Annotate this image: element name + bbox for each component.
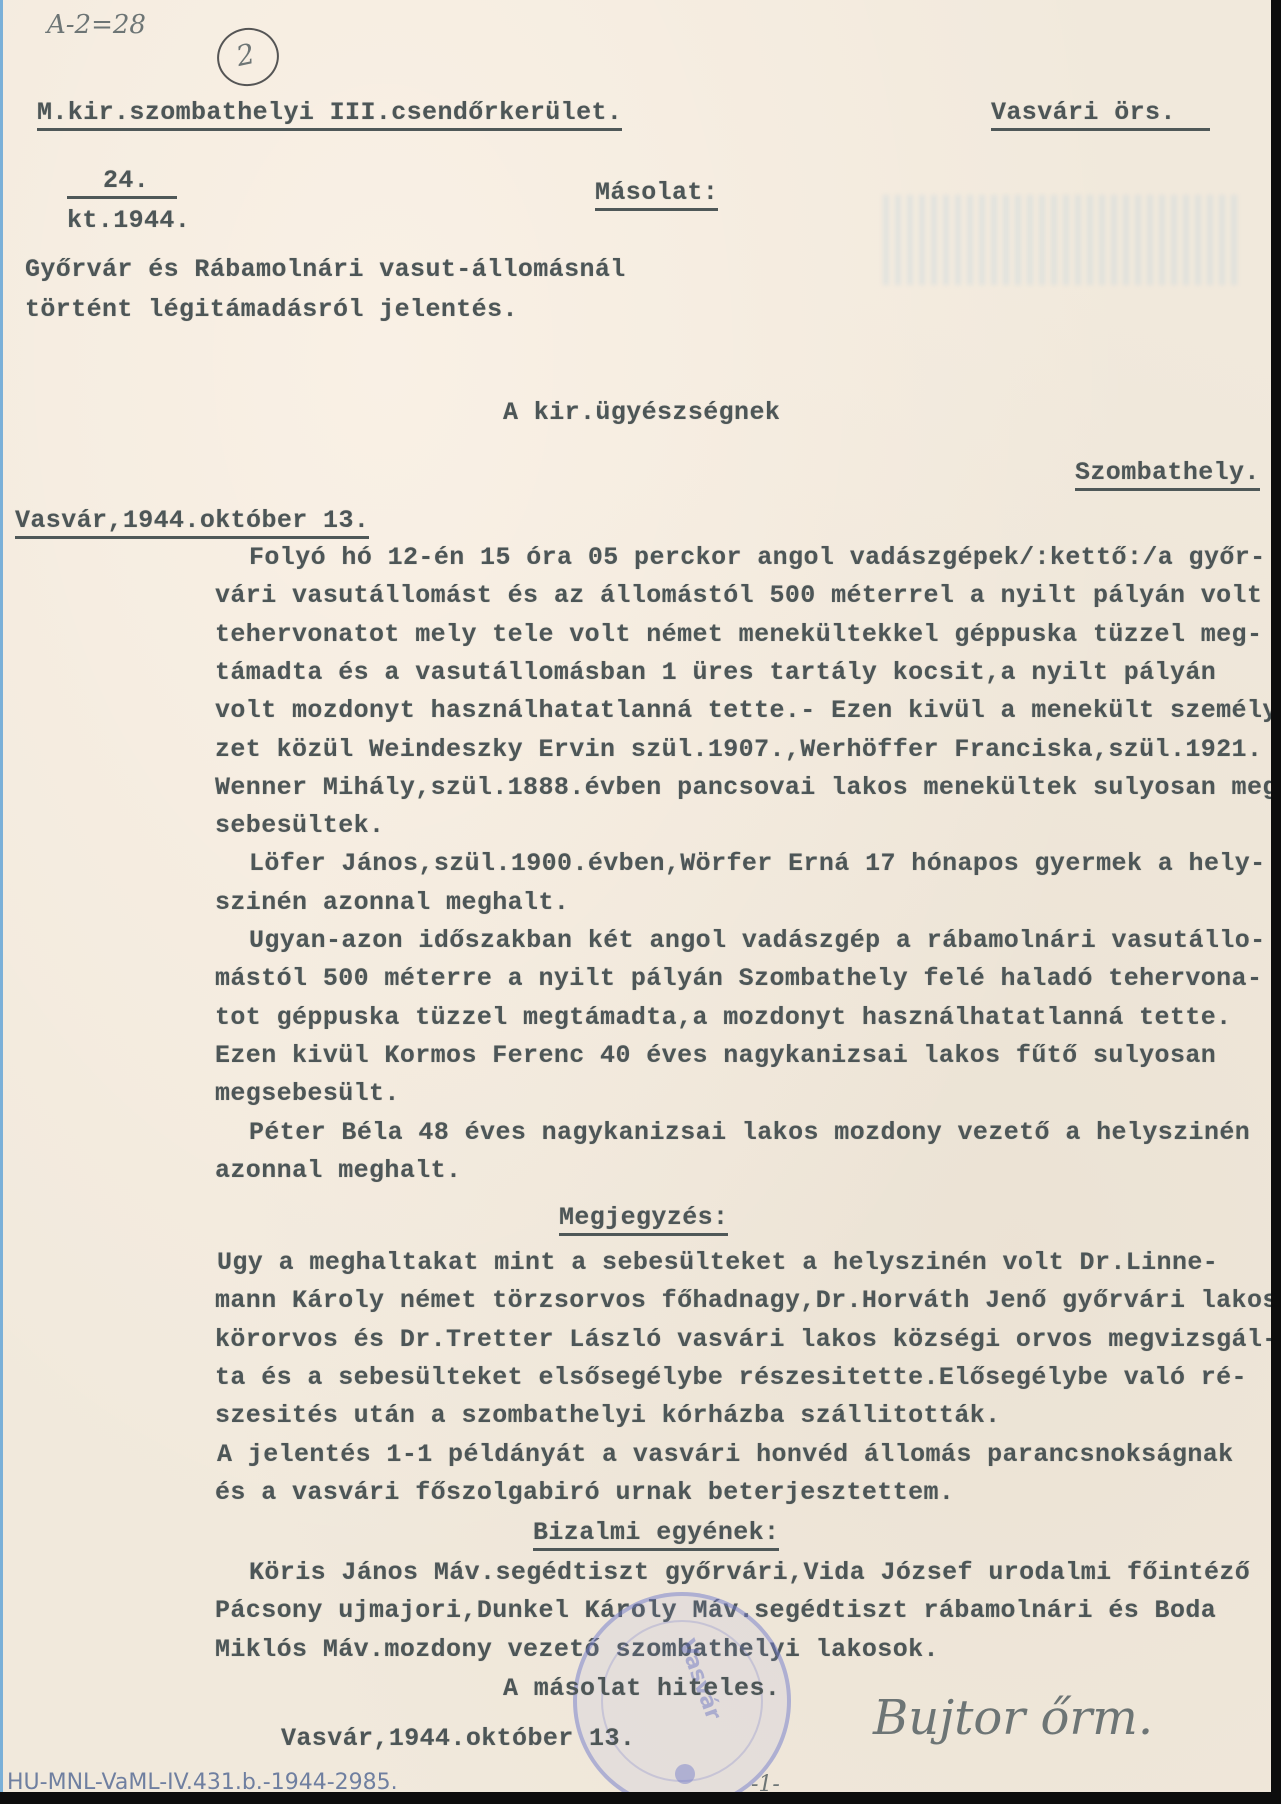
report-line: azonnal meghalt. xyxy=(215,1158,461,1183)
report-line: Ugyan-azon időszakban két angol vadászgé… xyxy=(249,928,1266,953)
report-line: zet közül Weindeszky Ervin szül.1907.,We… xyxy=(215,737,1262,762)
report-line: Wenner Mihály,szül.1888.évben pancsovai … xyxy=(215,775,1271,800)
report-line: szinén azonnal meghalt. xyxy=(215,890,569,915)
report-line: tot géppuska tüzzel megtámadta,a mozdony… xyxy=(215,1005,1232,1030)
circled-page-number: 2 xyxy=(233,37,257,73)
note-line: Ugy a meghaltakat mint a sebesülteket a … xyxy=(217,1250,1218,1275)
report-line: vári vasutállomást és az állomástól 500 … xyxy=(215,583,1262,608)
unit-heading: M.kir.szombathelyi III.csendőrkerület. xyxy=(37,100,622,131)
report-line: Péter Béla 48 éves nagykanizsai lakos mo… xyxy=(249,1120,1250,1145)
circled-page-mark: 2 xyxy=(212,22,285,92)
document-page: A-2=28 2 M.kir.szombathelyi III.csendőrk… xyxy=(0,0,1271,1792)
note-line: ta és a sebesülteket elsősegélybe részes… xyxy=(215,1365,1247,1390)
note-line: és a vasvári főszolgabiró urnak beterjes… xyxy=(215,1480,954,1505)
file-code: kt.1944. xyxy=(67,208,190,233)
handwritten-top-note: A-2=28 xyxy=(47,10,146,40)
report-line: volt mozdonyt használhatatlanná tette.- … xyxy=(215,698,1271,723)
bleed-through-text xyxy=(883,195,1243,285)
report-line: mástól 500 méterre a nyilt pályán Szomba… xyxy=(215,966,1262,991)
addressee: A kir.ügyészségnek xyxy=(503,400,780,425)
report-line: tehervonatot mely tele volt német menekü… xyxy=(215,622,1262,647)
signature: Bujtor őrm. xyxy=(873,1690,1153,1746)
page-marker: -1- xyxy=(751,1772,780,1792)
report-line: Ezen kivül Kormos Ferenc 40 éves nagykan… xyxy=(215,1043,1216,1068)
report-line: sebesültek. xyxy=(215,813,384,838)
post-heading: Vasvári örs. xyxy=(991,100,1210,131)
note-heading: Megjegyzés: xyxy=(559,1205,728,1236)
note-line: körorvos és Dr.Tretter László vasvári la… xyxy=(215,1327,1271,1352)
closing-date: Vasvár,1944.október 13. xyxy=(281,1726,635,1751)
trustees-heading: Bizalmi egyének: xyxy=(533,1520,779,1551)
addressee-city: Szombathely. xyxy=(1075,460,1260,491)
archive-reference: HU-MNL-VaML-IV.431.b.-1944-2985. xyxy=(7,1770,398,1792)
subject-line-2: történt légitámadásról jelentés. xyxy=(25,297,518,322)
stamp-center-dot xyxy=(675,1764,695,1784)
note-line: szesités után a szombathelyi kórházba sz… xyxy=(215,1403,1001,1428)
certification: A másolat hiteles. xyxy=(503,1676,780,1701)
trustee-line: Miklós Máv.mozdony vezető szombathelyi l… xyxy=(215,1637,939,1662)
report-line: Folyó hó 12-én 15 óra 05 perckor angol v… xyxy=(249,545,1266,570)
copy-label: Másolat: xyxy=(595,180,718,211)
report-line: támadta és a vasutállomásban 1 üres tart… xyxy=(215,660,1216,685)
report-line: Löfer János,szül.1900.évben,Wörfer Erná … xyxy=(249,851,1266,876)
report-line: megsebesült. xyxy=(215,1081,400,1106)
file-number: 24. xyxy=(67,168,177,199)
note-line: A jelentés 1-1 példányát a vasvári honvé… xyxy=(217,1442,1234,1467)
date-line: Vasvár,1944.október 13. xyxy=(15,508,369,539)
trustee-line: Köris János Máv.segédtiszt győrvári,Vida… xyxy=(249,1560,1250,1585)
subject-line-1: Győrvár és Rábamolnári vasut-állomásnál xyxy=(25,257,626,282)
note-line: mann Károly német törzsorvos főhadnagy,D… xyxy=(215,1288,1271,1313)
